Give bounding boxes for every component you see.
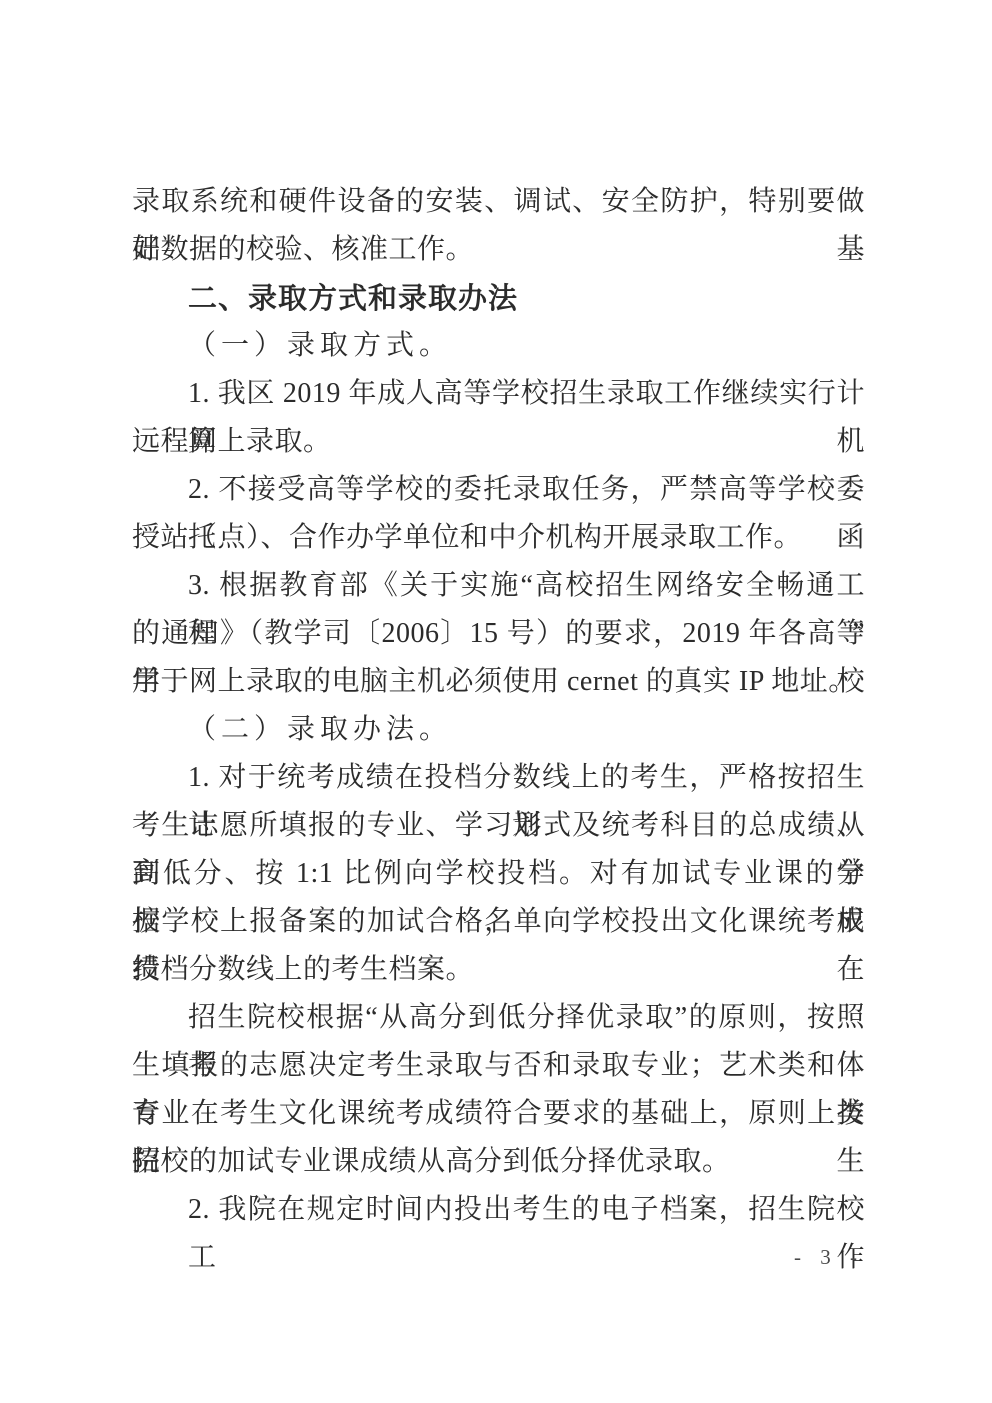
text-line: 2. 不接受高等学校的委托录取任务，严禁高等学校委托函 xyxy=(132,466,865,514)
subsection-heading: （一）录取方式。 xyxy=(132,322,865,370)
page-number: - 3 - xyxy=(794,1244,864,1270)
text-line: 1. 对于统考成绩在投档分数线上的考生，严格按招生计划、 xyxy=(132,754,865,802)
subsection-heading: （二）录取办法。 xyxy=(132,706,865,754)
text-line: 的通知》（教学司〔2006〕15 号）的要求，2019 年各高等学校 xyxy=(132,610,865,658)
text-line: 专业在考生文化课统考成绩符合要求的基础上，原则上按招生 xyxy=(132,1090,865,1138)
text-line: 考生志愿所填报的专业、学习形式及统考科目的总成绩从高分 xyxy=(132,802,865,850)
document-page: 录取系统和硬件设备的安装、调试、安全防护，特别要做好基 础数据的校验、核准工作。… xyxy=(0,0,992,1403)
text-line: 生填报的志愿决定考生录取与否和录取专业；艺术类和体育类 xyxy=(132,1042,865,1090)
document-text-block: 录取系统和硬件设备的安装、调试、安全防护，特别要做好基 础数据的校验、核准工作。… xyxy=(132,178,865,1234)
text-line: 3. 根据教育部《关于实施“高校招生网络安全畅通工程” xyxy=(132,562,865,610)
text-line: 用于网上录取的电脑主机必须使用 cernet 的真实 IP 地址。 xyxy=(132,658,865,706)
text-line: 据学校上报备案的加试合格名单向学校投出文化课统考成绩在 xyxy=(132,898,865,946)
text-line: 到低分、按 1:1 比例向学校投档。对有加试专业课的学校，根 xyxy=(132,850,865,898)
text-line: 招生院校根据“从高分到低分择优录取”的原则，按照考 xyxy=(132,994,865,1042)
text-line: 2. 我院在规定时间内投出考生的电子档案，招生院校工作 xyxy=(132,1186,865,1234)
text-line: 录取系统和硬件设备的安装、调试、安全防护，特别要做好基 xyxy=(132,178,865,226)
text-line: 1. 我区 2019 年成人高等学校招生录取工作继续实行计算机 xyxy=(132,370,865,418)
section-heading: 二、录取方式和录取办法 xyxy=(132,274,865,322)
text-line: 授站（点）、合作办学单位和中介机构开展录取工作。 xyxy=(132,514,865,562)
